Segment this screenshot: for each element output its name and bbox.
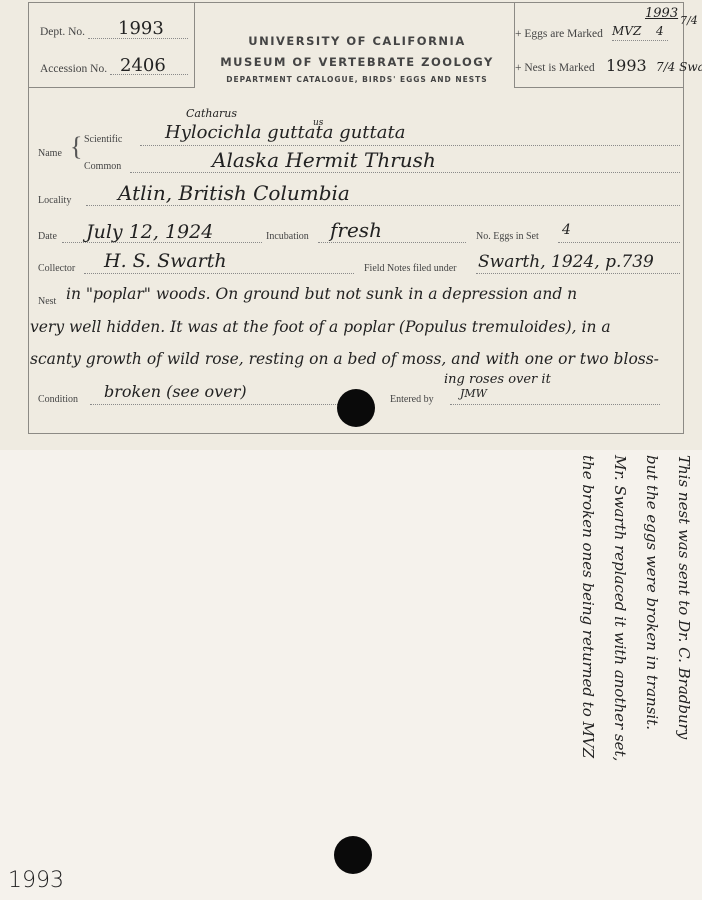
common-line: [130, 172, 680, 173]
incubation-line: [318, 242, 466, 243]
scientific-value: Hylocichla guttata guttata: [165, 122, 405, 143]
eggs-marked-line: [612, 40, 668, 41]
date-value: July 12, 1924: [86, 221, 213, 243]
nest-marked-label: + Nest is Marked: [515, 62, 595, 74]
name-brace: {: [70, 132, 82, 162]
eggs-in-set-line: [558, 242, 680, 243]
eggs-marked-date: 7/4: [680, 14, 698, 27]
nest-line-1: in "poplar" woods. On ground but not sun…: [66, 285, 577, 303]
accession-no-value: 2406: [120, 55, 166, 76]
eggs-marked-label: + Eggs are Marked: [515, 28, 603, 40]
entered-by-line: [450, 404, 660, 405]
header-department: DEPARTMENT CATALOGUE, BIRDS' EGGS AND NE…: [200, 75, 514, 84]
catalogue-card-front: UNIVERSITY OF CALIFORNIA MUSEUM OF VERTE…: [0, 0, 702, 450]
incubation-value: fresh: [330, 218, 382, 242]
eggs-in-set-value: 4: [562, 222, 571, 238]
date-label: Date: [38, 231, 57, 242]
header-museum: MUSEUM OF VERTEBRATE ZOOLOGY: [200, 55, 514, 69]
dept-accession-box: [28, 2, 195, 88]
punch-hole-top: [337, 389, 375, 427]
nest-line-2: very well hidden. It was at the foot of …: [30, 318, 611, 336]
scientific-label: Scientific: [84, 134, 122, 145]
scientific-suffix-correction: us: [313, 118, 323, 128]
condition-line: [90, 404, 340, 405]
name-label: Name: [38, 148, 62, 159]
common-value: Alaska Hermit Thrush: [212, 148, 436, 172]
nest-marked-value: 1993: [606, 56, 647, 75]
accession-no-label: Accession No.: [40, 63, 107, 75]
scientific-line: [140, 145, 680, 146]
condition-label: Condition: [38, 394, 78, 405]
field-notes-label: Field Notes filed under: [364, 263, 456, 274]
condition-value: broken (see over): [104, 382, 247, 401]
incubation-label: Incubation: [266, 231, 309, 242]
scientific-correction: Catharus: [186, 107, 237, 120]
collector-line: [84, 273, 354, 274]
nest-label: Nest: [38, 296, 56, 307]
rotated-back-note: This nest was sent to Dr. C. Bradbury bu…: [540, 455, 700, 885]
collector-label: Collector: [38, 263, 75, 274]
eggs-in-set-label: No. Eggs in Set: [476, 231, 539, 242]
nest-line-3: scanty growth of wild rose, resting on a…: [30, 350, 659, 368]
entered-by-label: Entered by: [390, 394, 434, 405]
common-label: Common: [84, 161, 121, 172]
back-note-line-1: This nest was sent to Dr. C. Bradbury: [668, 455, 700, 885]
nest-line-4: ing roses over it: [444, 372, 551, 387]
back-note-line-3: Mr. Swarth replaced it with another set,: [604, 455, 636, 885]
header-university: UNIVERSITY OF CALIFORNIA: [200, 34, 514, 48]
field-notes-line: [476, 273, 680, 274]
dept-no-value: 1993: [118, 18, 164, 39]
dept-no-label: Dept. No.: [40, 26, 85, 38]
eggs-fraction-bottom: 4: [656, 24, 664, 38]
field-notes-value: Swarth, 1924, p.739: [478, 252, 654, 272]
eggs-fraction-top: 1993: [645, 6, 678, 21]
corner-number: 1993: [8, 868, 64, 893]
eggs-marked-value: MVZ: [612, 24, 641, 38]
back-note-line-4: the broken ones being returned to MVZ: [572, 455, 604, 885]
back-note-line-2: but the eggs were broken in transit.: [636, 455, 668, 885]
collector-value: H. S. Swarth: [104, 250, 227, 272]
entered-by-value: JMW: [460, 387, 487, 400]
locality-label: Locality: [38, 195, 71, 206]
locality-value: Atlin, British Columbia: [118, 181, 350, 205]
locality-line: [86, 205, 680, 206]
nest-marked-date: 7/4 Swa: [656, 60, 702, 74]
punch-hole-bottom: [334, 836, 372, 874]
